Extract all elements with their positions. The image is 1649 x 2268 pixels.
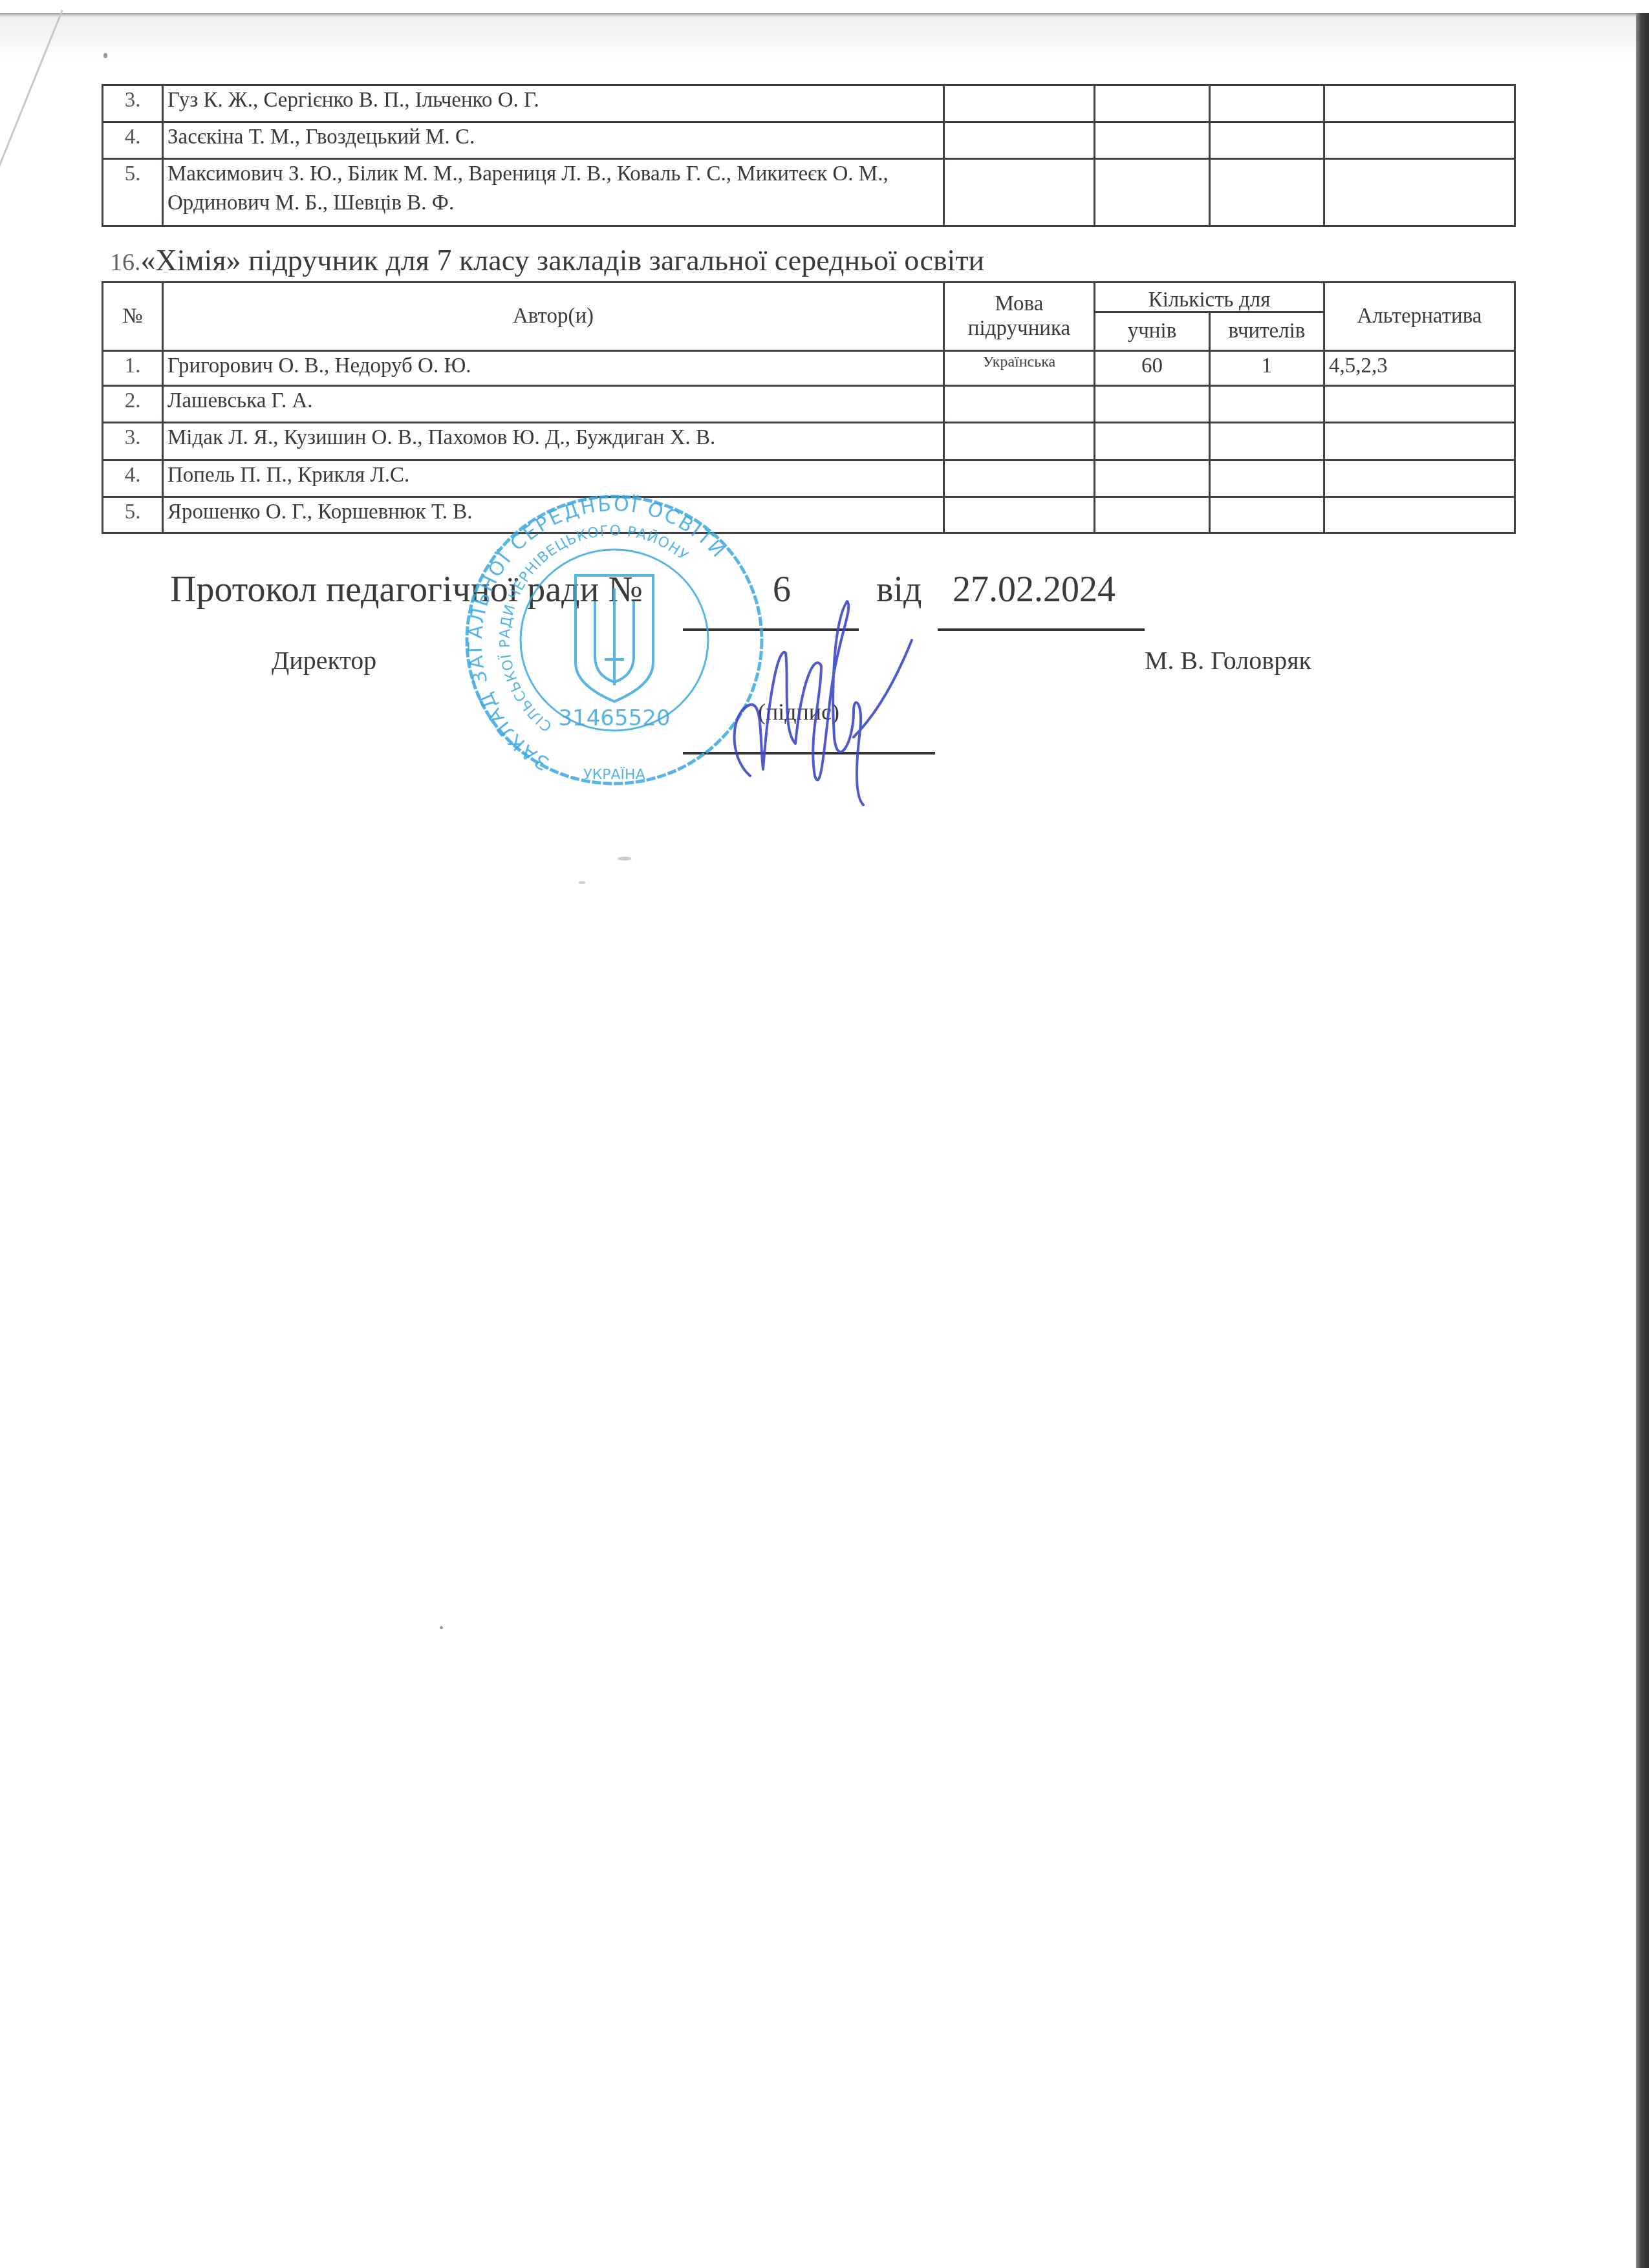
director-label: Директор <box>272 645 376 676</box>
row-number: 2. <box>103 386 163 423</box>
alternative-cell <box>1324 423 1515 460</box>
alternative-cell <box>1324 497 1515 533</box>
language-cell <box>944 85 1095 122</box>
teachers-count-cell <box>1210 122 1324 159</box>
students-count-cell <box>1095 423 1210 460</box>
row-number: 3. <box>103 423 163 460</box>
row-number: 5. <box>103 497 163 533</box>
alternative-cell: 4,5,2,3 <box>1324 351 1515 386</box>
header-teachers: вчителів <box>1210 312 1324 351</box>
language-cell <box>944 497 1095 533</box>
row-number: 3. <box>103 85 163 122</box>
teachers-count-cell <box>1210 159 1324 226</box>
students-count-cell <box>1095 386 1210 423</box>
scan-speck <box>618 857 632 861</box>
table-row: 3. Мідак Л. Я., Кузишин О. В., Пахомов Ю… <box>103 423 1515 460</box>
students-count-cell <box>1095 159 1210 226</box>
teachers-count-cell <box>1210 423 1324 460</box>
language-cell <box>944 460 1095 497</box>
table-row: 1. Григорович О. В., Недоруб О. Ю. Украї… <box>103 351 1515 386</box>
row-number: 4. <box>103 122 163 159</box>
section-number: 16. <box>110 249 141 276</box>
scan-shade <box>0 17 1636 63</box>
svg-text:УКРАЇНА: УКРАЇНА <box>583 766 645 783</box>
students-count-cell <box>1095 122 1210 159</box>
table-row: 5. Ярошенко О. Г., Коршевнюк Т. В. <box>103 497 1515 533</box>
teachers-count-cell <box>1210 497 1324 533</box>
scan-speck <box>103 53 107 58</box>
protocol-date-underline <box>938 628 1145 631</box>
alternative-cell <box>1324 159 1515 226</box>
teachers-count-cell: 1 <box>1210 351 1324 386</box>
paper-top-edge <box>0 13 1636 17</box>
scan-speck <box>440 1626 443 1629</box>
chemistry-textbook-table: № Автор(и) Мова підручника Кількість для… <box>102 281 1516 534</box>
students-count-cell <box>1095 460 1210 497</box>
table-row: 3. Гуз К. Ж., Сергієнко В. П., Ільченко … <box>103 85 1515 122</box>
scan-speck <box>579 881 585 884</box>
director-name: М. В. Головряк <box>1145 645 1311 676</box>
table-row: 5. Максимович З. Ю., Білик М. М., Варени… <box>103 159 1515 226</box>
language-cell <box>944 159 1095 226</box>
header-number: № <box>103 283 163 351</box>
alternative-cell <box>1324 460 1515 497</box>
authors-cell: Гуз К. Ж., Сергієнко В. П., Ільченко О. … <box>163 85 944 122</box>
header-row: № Автор(и) Мова підручника Кількість для… <box>103 283 1515 312</box>
scanner-edge <box>1636 13 1649 2268</box>
row-number: 4. <box>103 460 163 497</box>
svg-text:31465520: 31465520 <box>558 705 670 731</box>
language-cell: Українська <box>944 351 1095 386</box>
alternative-cell <box>1324 122 1515 159</box>
teachers-count-cell <box>1210 386 1324 423</box>
header-count-for: Кількість для <box>1095 283 1324 312</box>
protocol-date: 27.02.2024 <box>953 569 1115 610</box>
language-cell <box>944 386 1095 423</box>
authors-cell: Григорович О. В., Недоруб О. Ю. <box>163 351 944 386</box>
alternative-cell <box>1324 386 1515 423</box>
authors-cell: Максимович З. Ю., Білик М. М., Варениця … <box>163 159 944 226</box>
authors-cell: Засєкіна Т. М., Гвоздецький М. С. <box>163 122 944 159</box>
row-number: 5. <box>103 159 163 226</box>
signature-icon <box>724 582 931 808</box>
official-stamp-icon: ЗАКЛАД ЗАГАЛЬНОЇ СЕРЕДНЬОЇ ОСВІТИ СІЛЬСЬ… <box>462 491 766 789</box>
teachers-count-cell <box>1210 85 1324 122</box>
header-authors: Автор(и) <box>163 283 944 351</box>
teachers-count-cell <box>1210 460 1324 497</box>
students-count-cell: 60 <box>1095 351 1210 386</box>
alternative-cell <box>1324 85 1515 122</box>
header-students: учнів <box>1095 312 1210 351</box>
header-alternative: Альтернатива <box>1324 283 1515 351</box>
header-language: Мова підручника <box>944 283 1095 351</box>
language-cell <box>944 122 1095 159</box>
students-count-cell <box>1095 497 1210 533</box>
students-count-cell <box>1095 85 1210 122</box>
language-cell <box>944 423 1095 460</box>
authors-cell: Мідак Л. Я., Кузишин О. В., Пахомов Ю. Д… <box>163 423 944 460</box>
table-row: 4. Засєкіна Т. М., Гвоздецький М. С. <box>103 122 1515 159</box>
authors-cell: Лашевська Г. А. <box>163 386 944 423</box>
row-number: 1. <box>103 351 163 386</box>
previous-section-table: 3. Гуз К. Ж., Сергієнко В. П., Ільченко … <box>102 84 1516 227</box>
section-title-text: «Хімія» підручник для 7 класу закладів з… <box>141 244 985 277</box>
section-title: 16.«Хімія» підручник для 7 класу закладі… <box>110 243 984 277</box>
table-row: 4. Попель П. П., Крикля Л.С. <box>103 460 1515 497</box>
table-row: 2. Лашевська Г. А. <box>103 386 1515 423</box>
